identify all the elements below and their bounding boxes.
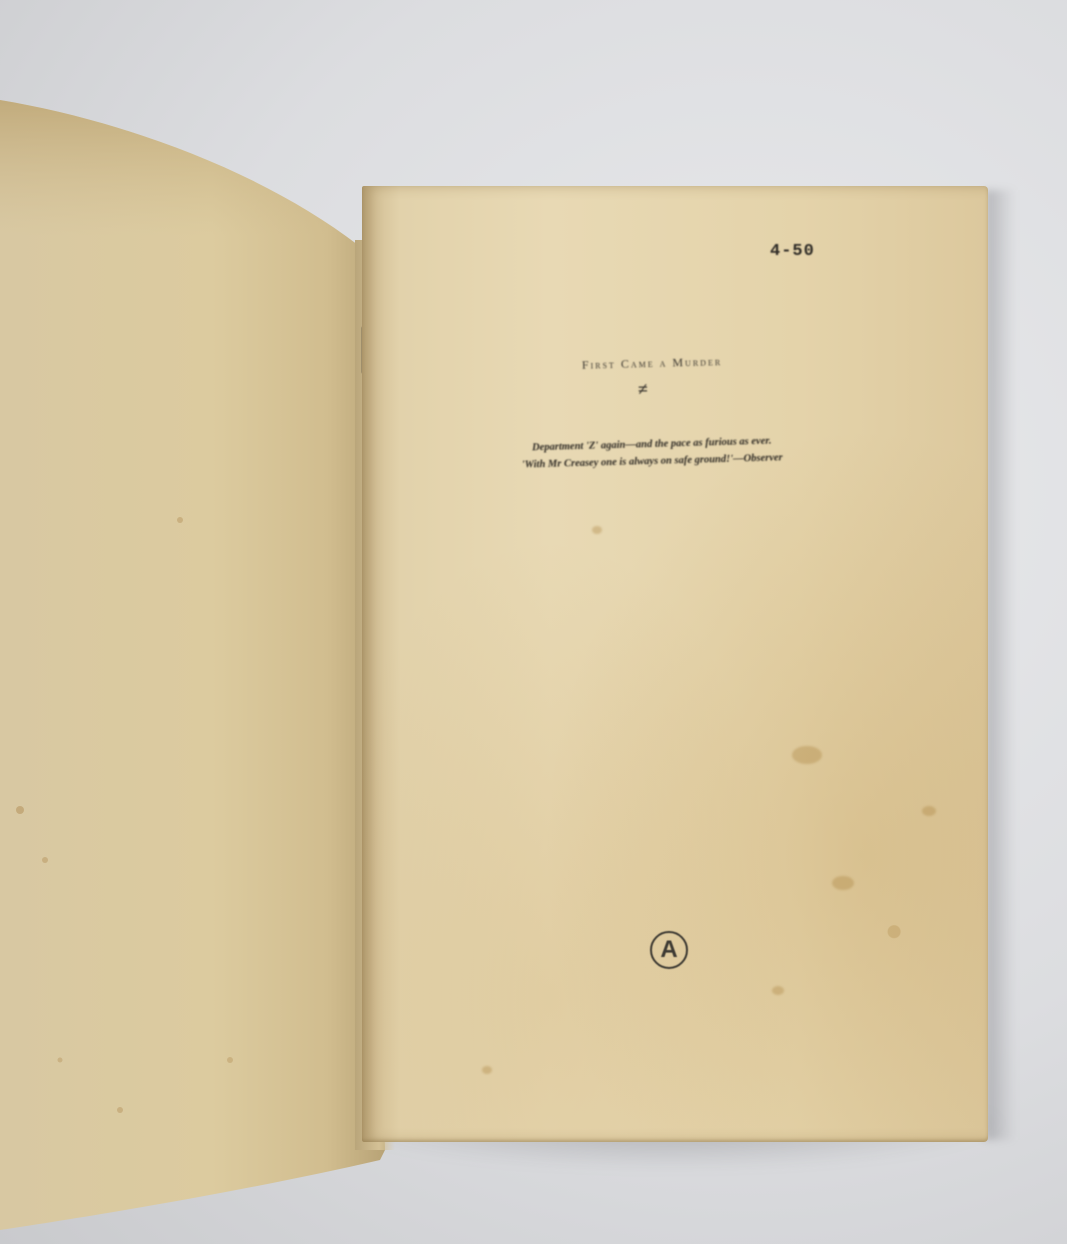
foxing-stain <box>482 1066 492 1074</box>
photo-scene: 4-50 First Came a Murder ≠ Department 'Z… <box>0 0 1067 1244</box>
foxing-stain <box>922 806 936 816</box>
left-page-shape <box>0 0 400 1244</box>
right-page: 4-50 First Came a Murder ≠ Department 'Z… <box>362 186 988 1142</box>
foxing-stain <box>832 876 854 890</box>
ornament-divider: ≠ <box>638 379 648 400</box>
publisher-logo-icon: A <box>650 931 688 969</box>
foxing-stain <box>592 526 602 534</box>
book-title: First Came a Murder <box>532 353 772 374</box>
right-edge-shadow <box>985 190 1015 1140</box>
foxing-stain <box>792 746 822 764</box>
catalog-number: 4-50 <box>770 242 815 261</box>
publisher-logo-letter: A <box>660 936 677 964</box>
foxing-stain <box>772 986 784 995</box>
review-blurb: Department 'Z' again—and the pace as fur… <box>462 431 843 476</box>
left-page <box>0 0 400 1244</box>
